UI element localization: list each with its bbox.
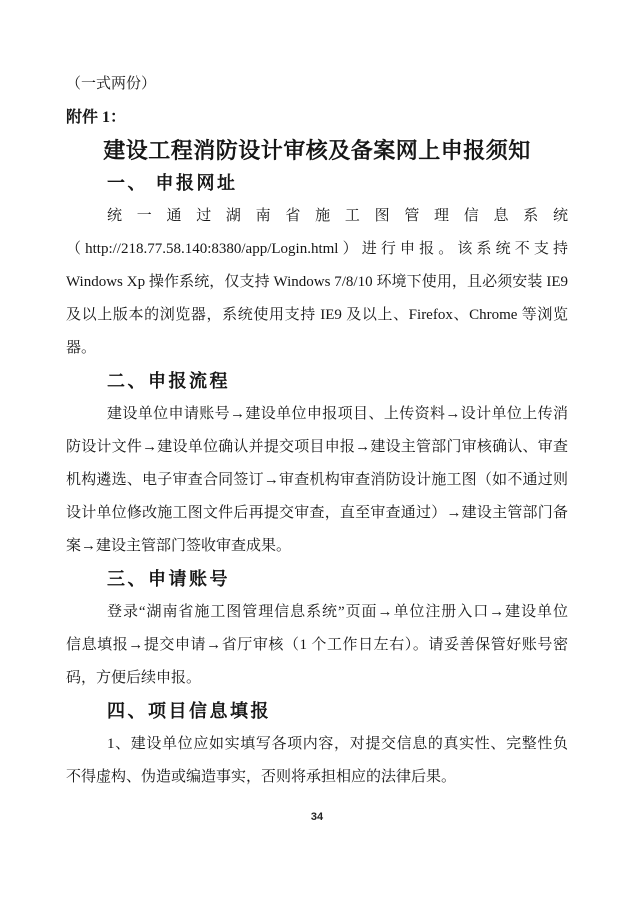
paragraph-line: 信息填报→提交申请→省厅审核（1 个工作日左右）。请妥善保管好账号密: [66, 629, 568, 662]
copies-note: （一式两份）: [66, 68, 568, 101]
heading-application-url: 一、 申报网址: [66, 167, 568, 200]
paragraph-line: 登录“湖南省施工图管理信息系统”页面→单位注册入口→建设单位: [66, 596, 568, 629]
paragraph-line: 建设单位申请账号→建设单位申报项目、上传资料→设计单位上传消: [66, 398, 568, 431]
paragraph-line: 机构遴选、电子审查合同签订→审查机构审查消防设计施工图（如不通过则: [66, 464, 568, 497]
document-title: 建设工程消防设计审核及备案网上申报须知: [66, 134, 568, 167]
document-page: （一式两份） 附件 1： 建设工程消防设计审核及备案网上申报须知 一、 申报网址…: [0, 0, 634, 898]
paragraph-line: Windows Xp 操作系统，仅支持 Windows 7/8/10 环境下使用…: [66, 266, 568, 299]
paragraph-line: 统一通过湖南省施工图管理信息系统: [66, 200, 568, 233]
page-number: 34: [66, 811, 568, 823]
heading-account-application: 三、申请账号: [66, 563, 568, 596]
paragraph-line: 案→建设主管部门签收审查成果。: [66, 530, 568, 563]
section-account-application: 三、申请账号 登录“湖南省施工图管理信息系统”页面→单位注册入口→建设单位 信息…: [66, 563, 568, 695]
section-application-process: 二、申报流程 建设单位申请账号→建设单位申报项目、上传资料→设计单位上传消 防设…: [66, 365, 568, 563]
heading-application-process: 二、申报流程: [66, 365, 568, 398]
paragraph-line: 1、建设单位应如实填写各项内容，对提交信息的真实性、完整性负责，: [66, 728, 568, 761]
paragraph-line: 设计单位修改施工图文件后再提交审查，直至审查通过）→建设主管部门备: [66, 497, 568, 530]
paragraph-line: 码，方便后续申报。: [66, 662, 568, 695]
paragraph-line: 不得虚构、伪造或编造事实，否则将承担相应的法律后果。: [66, 761, 568, 794]
section-project-info: 四、项目信息填报 1、建设单位应如实填写各项内容，对提交信息的真实性、完整性负责…: [66, 695, 568, 794]
paragraph-line: 防设计文件→建设单位确认并提交项目申报→建设主管部门审核确认、审查: [66, 431, 568, 464]
attachment-label: 附件 1：: [66, 101, 568, 134]
paragraph-line: 器。: [66, 332, 568, 365]
paragraph-line: 及以上版本的浏览器，系统使用支持 IE9 及以上、Firefox、Chrome …: [66, 299, 568, 332]
paragraph-line-url: （http://218.77.58.140:8380/app/Login.htm…: [66, 233, 568, 266]
section-application-url: 一、 申报网址 统一通过湖南省施工图管理信息系统 （http://218.77.…: [66, 167, 568, 365]
heading-project-info: 四、项目信息填报: [66, 695, 568, 728]
